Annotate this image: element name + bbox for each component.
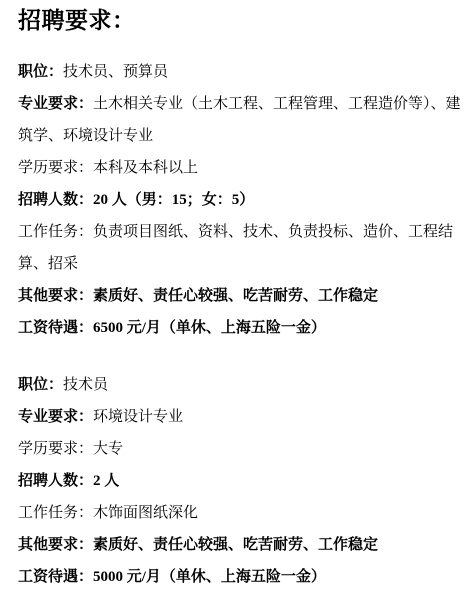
field-value: 技术员、预算员 <box>63 64 168 80</box>
field-label: 工作任务： <box>18 505 93 521</box>
field-headcount: 招聘人数：2 人 <box>18 465 468 497</box>
field-value: 素质好、责任心较强、吃苦耐劳、工作稳定 <box>93 288 378 304</box>
field-other-requirements: 其他要求：素质好、责任心较强、吃苦耐劳、工作稳定 <box>18 529 468 561</box>
field-salary: 工资待遇：6500 元/月（单休、上海五险一金） <box>18 312 468 344</box>
job-section-1: 职位：技术员、预算员 专业要求：土木相关专业（土木工程、工程管理、工程造价等）、… <box>18 56 468 344</box>
field-label: 其他要求： <box>18 537 93 553</box>
field-value: 素质好、责任心较强、吃苦耐劳、工作稳定 <box>93 537 378 553</box>
field-value: 环境设计专业 <box>93 409 183 425</box>
field-label: 招聘人数： <box>18 192 93 208</box>
document-page: 招聘要求： 职位：技术员、预算员 专业要求：土木相关专业（土木工程、工程管理、工… <box>0 0 468 599</box>
field-value: 木饰面图纸深化 <box>93 505 198 521</box>
field-other-requirements: 其他要求：素质好、责任心较强、吃苦耐劳、工作稳定 <box>18 280 468 312</box>
field-position: 职位：技术员、预算员 <box>18 56 468 88</box>
field-label: 招聘人数： <box>18 473 93 489</box>
field-job-duties: 工作任务：木饰面图纸深化 <box>18 497 468 529</box>
field-label: 专业要求： <box>18 96 93 112</box>
job-section-2: 职位：技术员 专业要求：环境设计专业 学历要求：大专 招聘人数：2 人 工作任务… <box>18 369 468 593</box>
field-salary: 工资待遇：5000 元/月（单休、上海五险一金） <box>18 561 468 593</box>
field-value: 大专 <box>93 441 123 457</box>
field-major-requirement: 专业要求：土木相关专业（土木工程、工程管理、工程造价等）、建筑学、环境设计专业 <box>18 88 468 152</box>
field-education-requirement: 学历要求：大专 <box>18 433 468 465</box>
field-position: 职位：技术员 <box>18 369 468 401</box>
field-label: 工资待遇： <box>18 320 93 336</box>
page-title: 招聘要求： <box>18 6 468 36</box>
field-label: 学历要求： <box>18 441 93 457</box>
field-label: 工资待遇： <box>18 569 93 585</box>
field-value: 5000 元/月（单休、上海五险一金） <box>93 569 326 585</box>
field-value: 本科及本科以上 <box>93 160 198 176</box>
field-major-requirement: 专业要求：环境设计专业 <box>18 401 468 433</box>
field-job-duties: 工作任务：负责项目图纸、资料、技术、负责投标、造价、工程结算、招采 <box>18 216 468 280</box>
field-education-requirement: 学历要求：本科及本科以上 <box>18 152 468 184</box>
field-label: 职位： <box>18 64 63 80</box>
field-label: 专业要求： <box>18 409 93 425</box>
field-label: 学历要求： <box>18 160 93 176</box>
field-label: 其他要求： <box>18 288 93 304</box>
field-value: 6500 元/月（单休、上海五险一金） <box>93 320 326 336</box>
field-label: 职位： <box>18 377 63 393</box>
field-value: 20 人（男：15；女：5） <box>93 192 254 208</box>
field-value: 技术员 <box>63 377 108 393</box>
field-value: 2 人 <box>93 473 119 489</box>
field-headcount: 招聘人数：20 人（男：15；女：5） <box>18 184 468 216</box>
field-label: 工作任务： <box>18 224 93 240</box>
